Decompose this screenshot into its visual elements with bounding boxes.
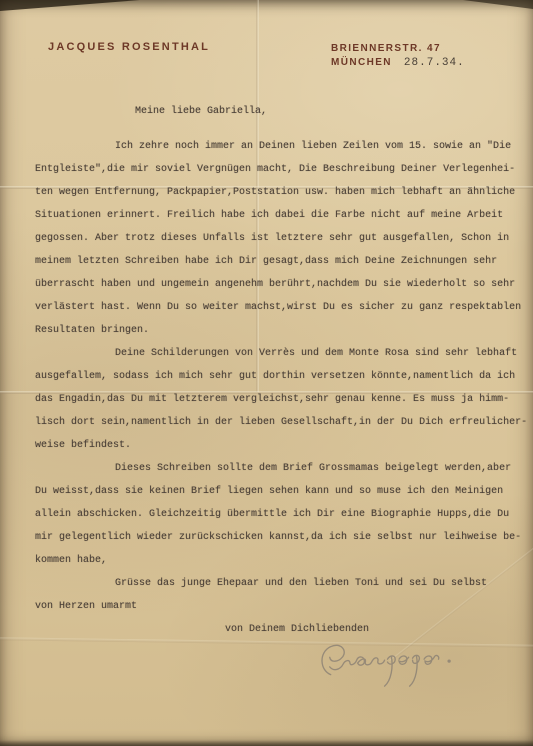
letter-line: Entgleiste",die mir soviel Vergnügen mac… [35,158,525,181]
letter-line: Dieses Schreiben sollte dem Brief Grossm… [35,457,525,480]
letter-line: lisch dort sein,namentlich in der lieben… [35,411,525,434]
letterhead-name: JACQUES ROSENTHAL [48,41,210,53]
photo-edge-shadow-bottom [0,740,533,746]
letter-line: von Herzen umarmt [35,595,525,618]
letterhead-city-row: MÜNCHEN28.7.34. [331,56,465,70]
letter-line: allein abschicken. Gleichzeitig übermitt… [35,503,525,526]
letter-line: Deine Schilderungen von Verrès und dem M… [35,342,525,365]
letterhead-address: BRIENNERSTR. 47 MÜNCHEN28.7.34. [331,42,465,70]
letter-line: Du weisst,dass sie keinen Brief liegen s… [35,480,525,503]
letter-line: verlästert hast. Wenn Du so weiter machs… [35,296,525,319]
letter-line: weise befindest. [35,434,525,457]
letter-line: gegossen. Aber trotz dieses Unfalls ist … [35,227,525,250]
paragraph-3: Dieses Schreiben sollte dem Brief Grossm… [35,457,525,572]
letter-line: Grüsse das junge Ehepaar und den lieben … [35,572,525,595]
letter-line: das Engadin,das Du mit letzterem verglei… [35,388,525,411]
letter-line: kommen habe, [35,549,525,572]
typed-date: 28.7.34. [404,57,465,69]
paragraph-1: Ich zehre noch immer an Deinen lieben Ze… [35,135,525,342]
letterhead-street: BRIENNERSTR. 47 [331,42,465,56]
handwritten-signature [295,638,480,690]
letter-line: Situationen erinnert. Freilich habe ich … [35,204,525,227]
letter-line: überrascht haben und ungemein angenehm b… [35,273,525,296]
paragraph-4: Grüsse das junge Ehepaar und den lieben … [35,572,525,618]
letter-page: JACQUES ROSENTHAL BRIENNERSTR. 47 MÜNCHE… [0,0,533,746]
salutation: Meine liebe Gabriella, [35,100,525,123]
letter-line: Ich zehre noch immer an Deinen lieben Ze… [35,135,525,158]
letter-line: mir gelegentlich wieder zurückschicken k… [35,526,525,549]
letter-body: Meine liebe Gabriella, Ich zehre noch im… [35,100,525,641]
letter-line: meinem letzten Schreiben habe ich Dir ge… [35,250,525,273]
photo-corner-shadow-top-left [0,0,140,11]
letter-line: Resultaten bringen. [35,319,525,342]
letter-line: ten wegen Entfernung, Packpapier,Poststa… [35,181,525,204]
letterhead-city: MÜNCHEN [331,57,392,68]
photo-corner-shadow-top-right [463,0,533,9]
letter-line: ausgefallem, sodass ich mich sehr gut do… [35,365,525,388]
paragraph-2: Deine Schilderungen von Verrès und dem M… [35,342,525,457]
